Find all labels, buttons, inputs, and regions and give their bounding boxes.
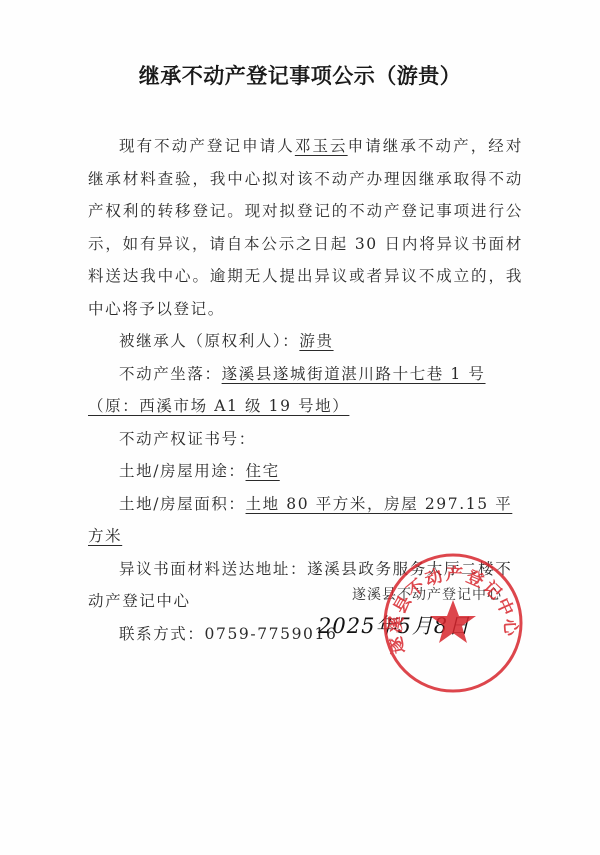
- intro-text-before: 现有不动产登记申请人: [119, 137, 295, 155]
- field-label: 土地/房屋用途：: [119, 462, 246, 480]
- field-value: 住宅: [246, 462, 280, 480]
- official-seal: 遂溪县不动产登记中心: [378, 548, 528, 698]
- applicant-name: 邓玉云: [295, 137, 348, 155]
- star-icon: [430, 600, 476, 643]
- field-label: 不动产权证书号：: [119, 430, 256, 448]
- intro-text-after: 申请继承不动产，经对继承材料查验，我中心拟对该不动产办理因继承取得不动产权利的转…: [88, 137, 523, 318]
- intro-paragraph: 现有不动产登记申请人邓玉云申请继承不动产，经对继承材料查验，我中心拟对该不动产办…: [88, 130, 523, 325]
- document-title: 继承不动产登记事项公示（游贵）: [0, 60, 600, 90]
- field-usage: 土地/房屋用途：住宅: [88, 455, 523, 488]
- field-label: 被继承人（原权利人）：: [119, 332, 299, 350]
- field-certificate-number: 不动产权证书号：: [88, 423, 523, 456]
- field-value: 游贵: [299, 332, 333, 350]
- field-area: 土地/房屋面积：土地 80 平方米，房屋 297.15 平方米: [88, 488, 523, 553]
- field-location: 不动产坐落：遂溪县遂城街道湛川路十七巷 1 号（原：西溪市场 A1 级 19 号…: [88, 358, 523, 423]
- field-label: 不动产坐落：: [119, 365, 222, 383]
- field-label: 异议书面材料送达地址：: [119, 560, 307, 578]
- field-label: 联系方式：: [119, 625, 205, 643]
- field-label: 土地/房屋面积：: [119, 495, 246, 513]
- document-page: 继承不动产登记事项公示（游贵） 现有不动产登记申请人邓玉云申请继承不动产，经对继…: [0, 0, 600, 855]
- field-decedent: 被继承人（原权利人）：游贵: [88, 325, 523, 358]
